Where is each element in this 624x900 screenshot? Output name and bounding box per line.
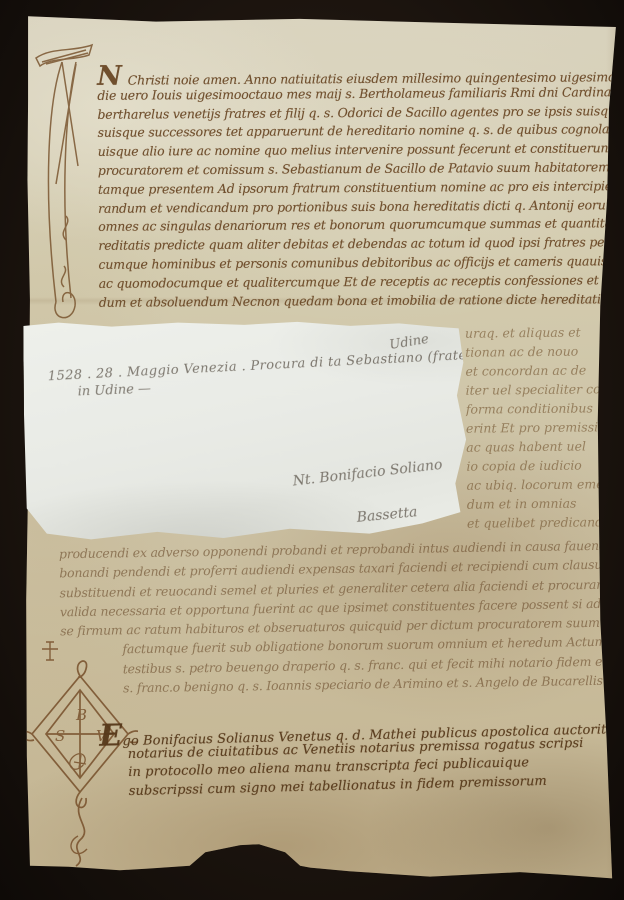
- signum-letter-v: V: [96, 727, 109, 745]
- deed-lower-text: producendi ex adverso opponendi probandi…: [59, 536, 613, 699]
- manuscript-line: iter uel specialiter co: [466, 379, 604, 399]
- photograph-of-parchment-deed: N Christi noie amen. Anno natiuitatis ei…: [0, 0, 624, 900]
- manuscript-line: bonandi pendendi et proferri audiendi ex…: [59, 555, 611, 583]
- manuscript-line: ac quas habent uel: [466, 436, 604, 456]
- manuscript-line: valida necessaria et opportuna fuerint a…: [60, 594, 612, 622]
- manuscript-line: N Christi noie amen. Anno natiuitatis ei…: [97, 64, 617, 86]
- manuscript-line: se firmum ac ratum habituros et obseruat…: [60, 613, 612, 641]
- notary-signum-icon: B S V: [26, 638, 138, 868]
- manuscript-line: tamque presentem Ad ipsorum fratrum cons…: [98, 177, 618, 199]
- manuscript-line: producendi ex adverso opponendi probandi…: [59, 536, 611, 564]
- deed-text-fragments-right-of-slip: uraq. et aliquas ettionan ac de nouoet c…: [465, 322, 605, 532]
- manuscript-line: erint Et pro premissis: [466, 417, 604, 437]
- manuscript-line: subscripssi cum signo mei tabellionatus …: [129, 772, 571, 801]
- deed-body-text: N Christi noie amen. Anno natiuitatis ei…: [97, 64, 619, 312]
- manuscript-line: ac quomodocumque et qualitercumque Et de…: [99, 271, 619, 293]
- manuscript-line: die uero Iouis uigesimooctauo mes maij s…: [97, 83, 617, 105]
- manuscript-line: omnes ac singulas denariorum res et bono…: [98, 215, 618, 237]
- manuscript-line: notarius de ciuitatibus ac Venetiis nota…: [128, 735, 570, 764]
- manuscript-line: cumque hominibus et personis comunibus d…: [98, 252, 618, 274]
- manuscript-line: et quelibet predicando: [467, 512, 605, 532]
- manuscript-line: testibus s. petro beuengo draperio q. s.…: [123, 651, 613, 678]
- manuscript-line: dum et in omnias: [467, 493, 605, 513]
- manuscript-line: uraq. et aliquas et: [465, 322, 603, 342]
- manuscript-line: ac ubiq. locorum emen: [467, 474, 605, 494]
- manuscript-line: reditatis predicte quam aliter debitas e…: [98, 233, 618, 255]
- manuscript-line: substituendi et reuocandi semel et pluri…: [59, 574, 611, 602]
- manuscript-line: dum et absoluendum Necnon quedam bona et…: [99, 290, 619, 312]
- manuscript-line: Ego Bonifacius Solianus Venetus q. d. Ma…: [99, 716, 569, 746]
- manuscript-line: bertharelus venetijs fratres et filij q.…: [97, 102, 617, 124]
- manuscript-line: procuratorem et comissum s. Sebastianum …: [98, 158, 618, 180]
- manuscript-line: s. franc.o benigno q. s. Ioannis speciar…: [123, 671, 613, 698]
- manuscript-line: io copia de iudicio: [466, 455, 604, 475]
- slip-secondary-note: Bassetta: [356, 504, 418, 526]
- manuscript-line: uisque alio iure ac nomine quo melius in…: [98, 139, 618, 161]
- archival-note-slip: Udine 1528 . 28 . Maggio Venezia . Procu…: [23, 318, 467, 541]
- manuscript-line: forma conditionibus: [466, 398, 604, 418]
- slip-regesto-line2: in Udine —: [77, 381, 151, 399]
- manuscript-line: in protocollo meo aliena manu transcript…: [128, 753, 570, 782]
- illuminated-initial-icon: [30, 38, 110, 326]
- notary-subscription-text: Ego Bonifacius Solianus Venetus q. d. Ma…: [99, 716, 571, 801]
- signum-letter-b: B: [75, 706, 87, 724]
- manuscript-line: tionan ac de nouo: [465, 341, 603, 361]
- slip-notary-name: Nt. Bonifacio Soliano: [292, 457, 443, 490]
- manuscript-line: factumque fuerit sub obligatione bonorum…: [122, 632, 612, 659]
- manuscript-line: suisque successores tet apparuerunt de h…: [98, 121, 618, 143]
- manuscript-line: randum et vendicandum pro portionibus su…: [98, 196, 618, 218]
- manuscript-line: et concordan ac de: [465, 360, 603, 380]
- signum-letter-s: S: [55, 727, 65, 745]
